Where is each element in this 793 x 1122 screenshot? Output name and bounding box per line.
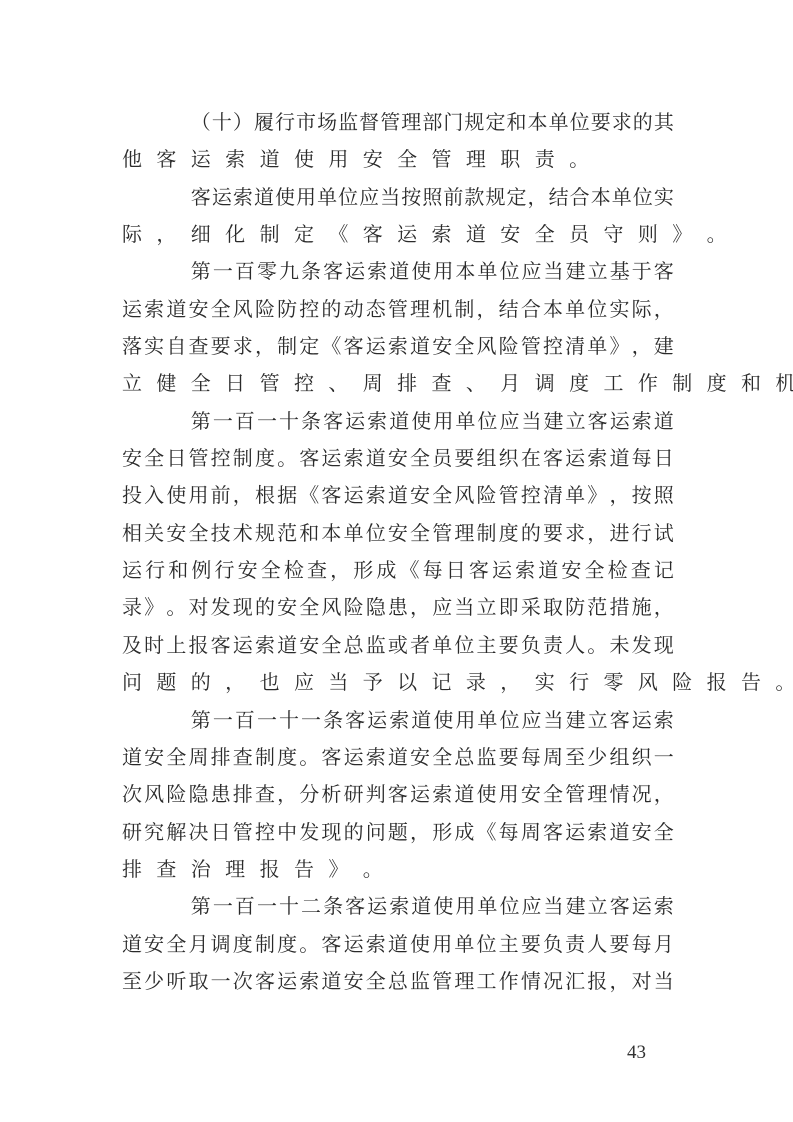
text-line: 第一百零九条客运索道使用本单位应当建立基于客 (122, 253, 674, 290)
text-line: 相关安全技术规范和本单位安全管理制度的要求，进行试 (122, 515, 674, 552)
text-line: 际，细化制定《客运索道安全员守则》。 (122, 216, 674, 253)
text-line: 立健全日管控、周排查、月调度工作制度和机制。 (122, 365, 674, 402)
text-line: 录》。对发现的安全风险隐患，应当立即采取防范措施， (122, 589, 674, 626)
text-line: 运行和例行安全检查，形成《每日客运索道安全检查记 (122, 552, 674, 589)
text-line: 次风险隐患排查，分析研判客运索道使用安全管理情况， (122, 776, 674, 813)
body-text: （十）履行市场监督管理部门规定和本单位要求的其他客运索道使用安全管理职责。客运索… (122, 104, 674, 1000)
text-line: 第一百一十二条客运索道使用单位应当建立客运索 (122, 888, 674, 925)
text-line: 及时上报客运索道安全总监或者单位主要负责人。未发现 (122, 627, 674, 664)
text-line: 排查治理报告》。 (122, 851, 674, 888)
text-line: 投入使用前，根据《客运索道安全风险管控清单》，按照 (122, 477, 674, 514)
text-line: 客运索道使用单位应当按照前款规定，结合本单位实 (122, 179, 674, 216)
page-number: 43 (627, 1042, 646, 1064)
text-line: 运索道安全风险防控的动态管理机制，结合本单位实际， (122, 291, 674, 328)
text-line: 安全日管控制度。客运索道安全员要组织在客运索道每日 (122, 440, 674, 477)
text-line: 道安全周排查制度。客运索道安全总监要每周至少组织一 (122, 739, 674, 776)
text-line: 研究解决日管控中发现的问题，形成《每周客运索道安全 (122, 814, 674, 851)
document-page: （十）履行市场监督管理部门规定和本单位要求的其他客运索道使用安全管理职责。客运索… (0, 0, 793, 1122)
text-line: 他客运索道使用安全管理职责。 (122, 141, 674, 178)
text-line: （十）履行市场监督管理部门规定和本单位要求的其 (122, 104, 674, 141)
text-line: 落实自查要求，制定《客运索道安全风险管控清单》，建 (122, 328, 674, 365)
text-line: 第一百一十条客运索道使用单位应当建立客运索道 (122, 403, 674, 440)
text-line: 问题的，也应当予以记录，实行零风险报告。 (122, 664, 674, 701)
text-line: 道安全月调度制度。客运索道使用单位主要负责人要每月 (122, 926, 674, 963)
text-line: 至少听取一次客运索道安全总监管理工作情况汇报，对当 (122, 963, 674, 1000)
text-line: 第一百一十一条客运索道使用单位应当建立客运索 (122, 702, 674, 739)
